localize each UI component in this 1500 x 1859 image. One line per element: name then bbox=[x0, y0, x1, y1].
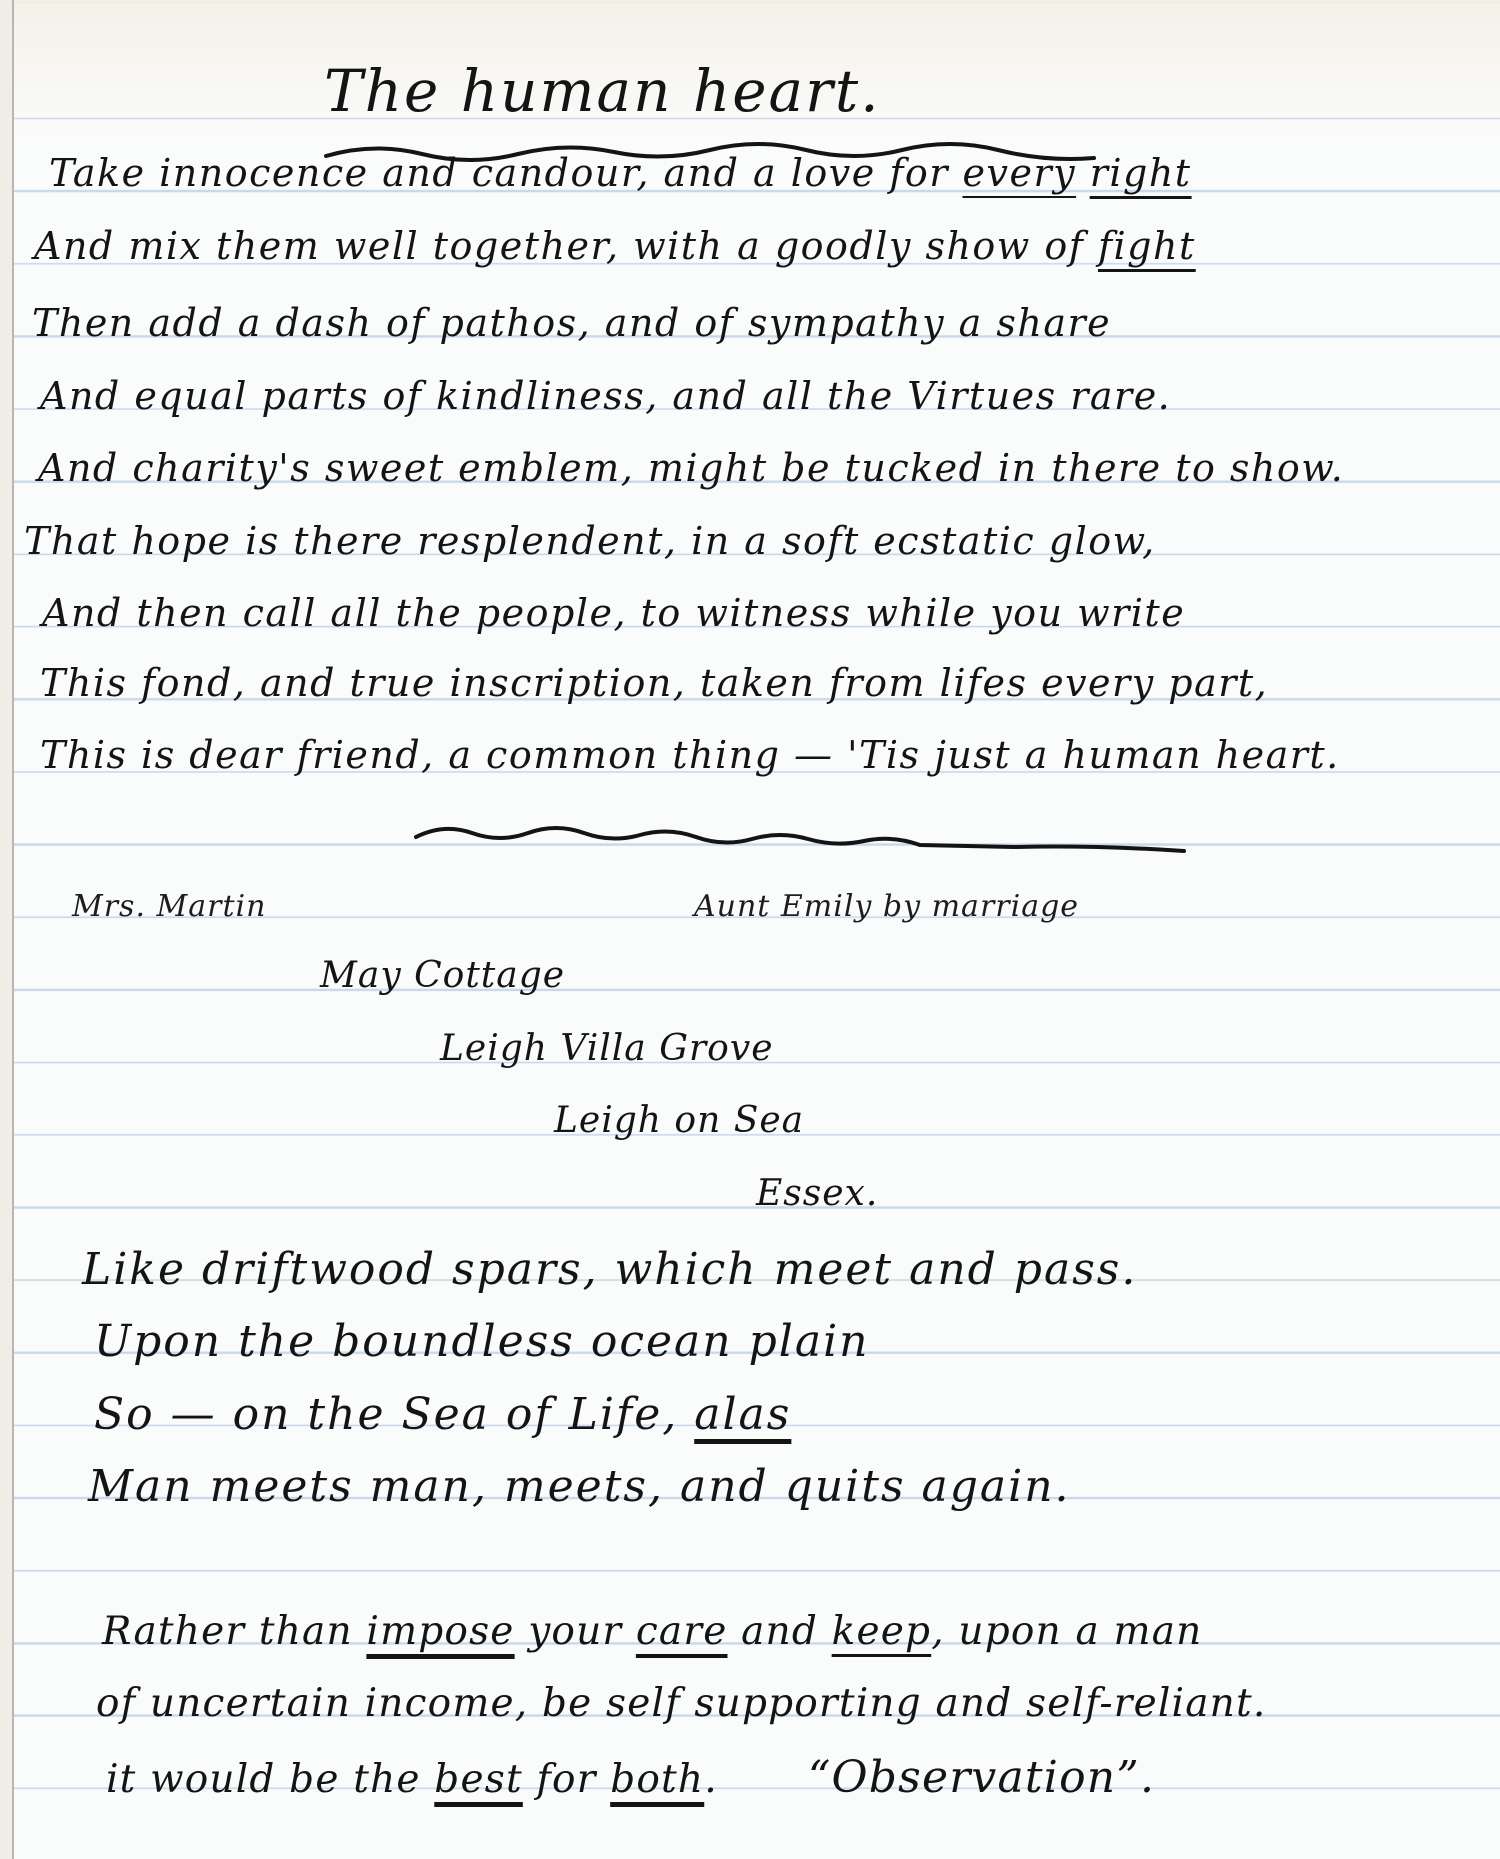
page-title: The human heart. bbox=[324, 62, 881, 120]
underlined-word: best bbox=[434, 1757, 523, 1802]
prose-text: for bbox=[523, 1757, 610, 1802]
poem-line: Take innocence and candour, and a love f… bbox=[49, 154, 1192, 192]
address-line: Leigh on Sea bbox=[554, 1103, 804, 1139]
poem-line: Upon the boundless ocean plain bbox=[94, 1320, 869, 1364]
prose-text: your bbox=[515, 1609, 636, 1654]
observation-line: Rather than impose your care and keep, u… bbox=[102, 1612, 1202, 1651]
author-name: Mrs. Martin bbox=[72, 892, 266, 922]
underlined-word: alas bbox=[694, 1389, 791, 1440]
underlined-word: care bbox=[636, 1609, 728, 1654]
observation-line: of uncertain income, be self supporting … bbox=[96, 1684, 1266, 1723]
underlined-word: every bbox=[963, 151, 1077, 195]
observation-line: it would be the best for both.“Observati… bbox=[106, 1756, 1155, 1800]
poem-line: And charity's sweet emblem, might be tuc… bbox=[38, 449, 1344, 487]
poem-text bbox=[1076, 151, 1090, 195]
underlined-word: keep bbox=[832, 1609, 932, 1654]
prose-text: and bbox=[728, 1609, 832, 1654]
underlined-word: both bbox=[610, 1757, 704, 1802]
poem-line: And then call all the people, to witness… bbox=[42, 594, 1185, 632]
prose-text: it would be the bbox=[106, 1757, 434, 1802]
poem-line: That hope is there resplendent, in a sof… bbox=[24, 522, 1156, 560]
signature: “Observation”. bbox=[808, 1752, 1155, 1803]
author-relation: Aunt Emily by marriage bbox=[694, 892, 1079, 922]
prose-text: . bbox=[704, 1757, 718, 1802]
address-line: Essex. bbox=[756, 1176, 878, 1212]
prose-text: , upon a man bbox=[931, 1609, 1202, 1654]
notebook-page: The human heart. Take innocence and cand… bbox=[12, 0, 1500, 1859]
underlined-word: impose bbox=[366, 1609, 514, 1654]
poem-line: This fond, and true inscription, taken f… bbox=[40, 664, 1268, 702]
poem-line: Then add a dash of pathos, and of sympat… bbox=[32, 304, 1111, 342]
poem-line: Like driftwood spars, which meet and pas… bbox=[82, 1248, 1137, 1292]
address-line: May Cottage bbox=[320, 958, 565, 994]
page-binding-edge bbox=[0, 0, 12, 1859]
divider-flourish bbox=[414, 815, 1194, 855]
poem-text: Take innocence and candour, and a love f… bbox=[49, 151, 963, 195]
poem-line: So — on the Sea of Life, alas bbox=[94, 1393, 791, 1437]
poem-text: So — on the Sea of Life, bbox=[94, 1389, 694, 1440]
address-line: Leigh Villa Grove bbox=[440, 1031, 774, 1067]
poem-line: And equal parts of kindliness, and all t… bbox=[40, 377, 1171, 415]
prose-text: Rather than bbox=[102, 1609, 366, 1654]
poem-line: Man meets man, meets, and quits again. bbox=[88, 1465, 1071, 1509]
poem-line: And mix them well together, with a goodl… bbox=[34, 227, 1196, 265]
poem-line: This is dear friend, a common thing — 'T… bbox=[40, 736, 1340, 774]
underlined-word: right bbox=[1090, 151, 1192, 195]
underlined-word: fight bbox=[1098, 224, 1196, 268]
poem-text: And mix them well together, with a goodl… bbox=[34, 224, 1098, 268]
